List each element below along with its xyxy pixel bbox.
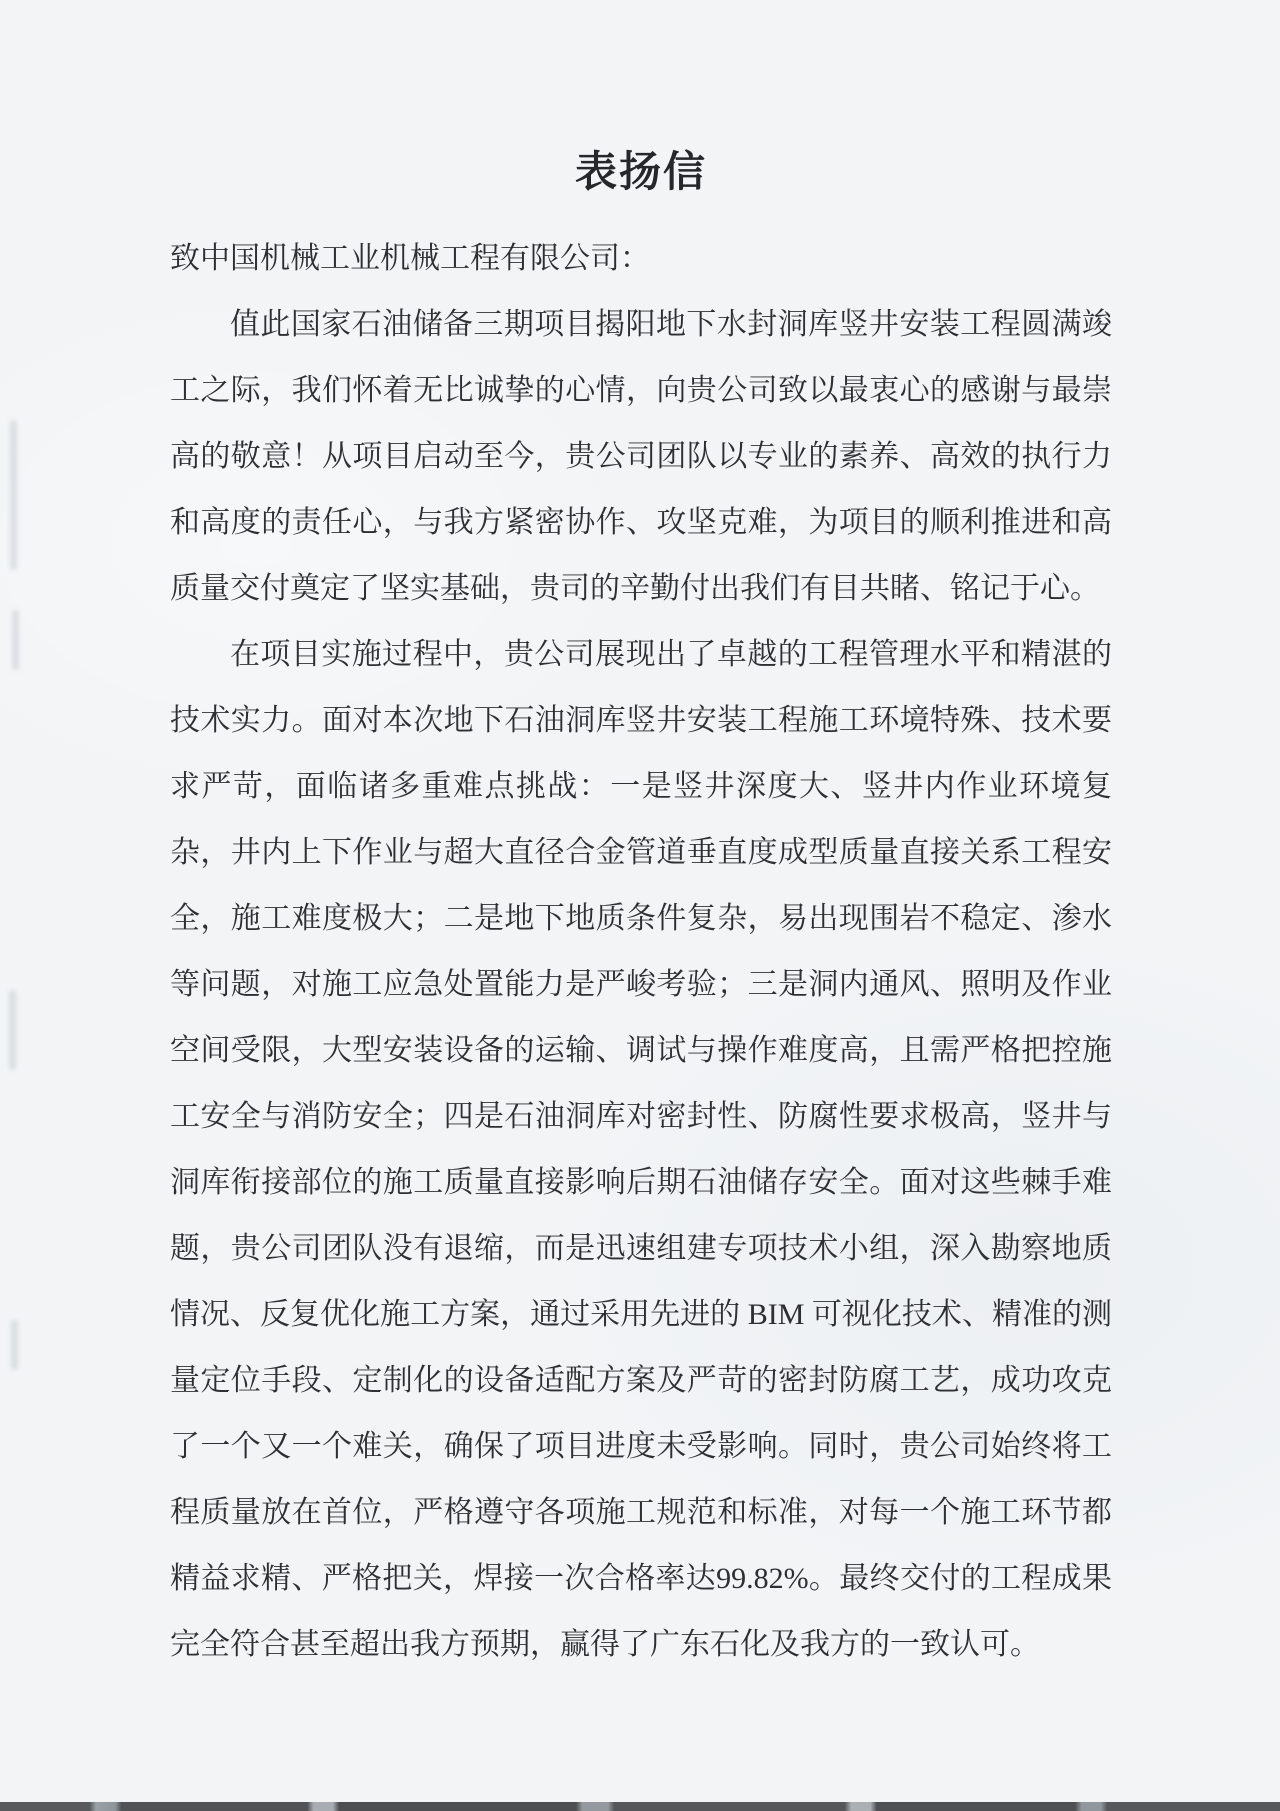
scan-artifact <box>9 990 16 1070</box>
scan-artifact <box>10 420 17 570</box>
letter-title: 表扬信 <box>170 148 1112 196</box>
scan-artifact <box>11 1320 18 1370</box>
letter-body: 表扬信 致中国机械工业机械工程有限公司： 值此国家石油储备三期项目揭阳地下水封洞… <box>170 0 1112 1678</box>
scan-bottom-edge-artifact <box>0 1802 1280 1811</box>
scan-artifact <box>12 610 19 670</box>
letter-paragraph-1: 值此国家石油储备三期项目揭阳地下水封洞库竖井安装工程圆满竣工之际，我们怀着无比诚… <box>170 292 1112 622</box>
scanned-letter-page: { "document": { "title": "表扬信", "salutat… <box>0 0 1280 1811</box>
letter-paragraph-2: 在项目实施过程中，贵公司展现出了卓越的工程管理水平和精湛的技术实力。面对本次地下… <box>170 622 1112 1678</box>
letter-salutation: 致中国机械工业机械工程有限公司： <box>170 226 1112 292</box>
